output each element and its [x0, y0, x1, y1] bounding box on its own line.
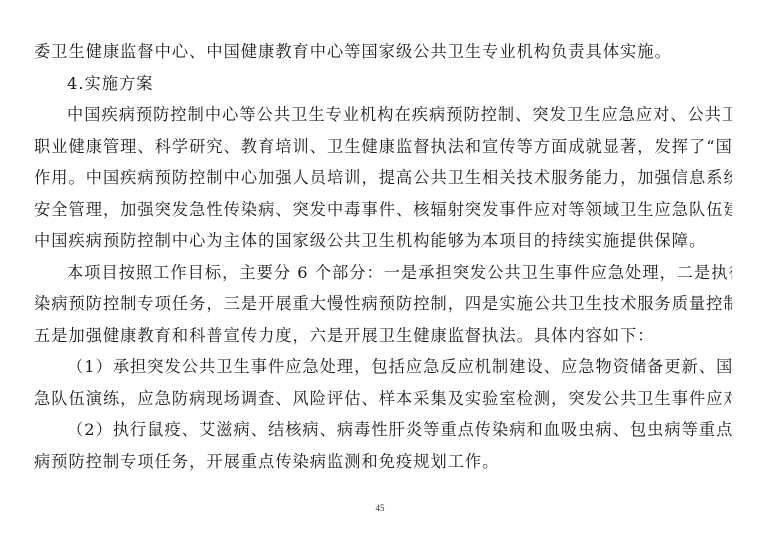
paragraph-line: 本项目按照工作目标，主要分 6 个部分：一是承担突发公共卫生事件应急处理，二是执… [34, 257, 732, 289]
paragraph-line: 中国疾病预防控制中心等公共卫生专业机构在疾病预防控制、突发卫生应急应对、公共卫生… [34, 99, 732, 131]
paragraph-line: 五是加强健康教育和科普宣传力度，六是开展卫生健康监督执法。具体内容如下： [34, 320, 732, 352]
document-page: 委卫生健康监督中心、中国健康教育中心等国家级公共卫生专业机构负责具体实施。 4.… [34, 36, 732, 477]
paragraph-line: 染病预防控制专项任务，三是开展重大慢性病预防控制，四是实施公共卫生技术服务质量控… [34, 288, 732, 320]
list-item-line: （2）执行鼠疫、艾滋病、结核病、病毒性肝炎等重点传染病和血吸虫病、包虫病等重点寄… [34, 414, 732, 446]
page-number: 45 [0, 503, 760, 513]
paragraph-line: 职业健康管理、科学研究、教育培训、卫生健康监督执法和宣传等方面成就显著，发挥了“… [34, 131, 732, 163]
paragraph-line: 作用。中国疾病预防控制中心加强人员培训，提高公共卫生相关技术服务能力，加强信息系… [34, 162, 732, 194]
list-item-line: （1）承担突发公共卫生事件应急处理，包括应急反应机制建设、应急物资储备更新、国家… [34, 351, 732, 383]
paragraph-line: 安全管理，加强突发急性传染病、突发中毒事件、核辐射突发事件应对等领域卫生应急队伍… [34, 194, 732, 226]
paragraph-line: 委卫生健康监督中心、中国健康教育中心等国家级公共卫生专业机构负责具体实施。 [34, 36, 732, 68]
section-heading: 4.实施方案 [34, 68, 732, 100]
list-item-line: 病预防控制专项任务，开展重点传染病监测和免疫规划工作。 [34, 446, 732, 478]
list-item-line: 急队伍演练，应急防病现场调查、风险评估、样本采集及实验室检测，突发公共卫生事件应… [34, 383, 732, 415]
paragraph-line: 中国疾病预防控制中心为主体的国家级公共卫生机构能够为本项目的持续实施提供保障。 [34, 225, 732, 257]
